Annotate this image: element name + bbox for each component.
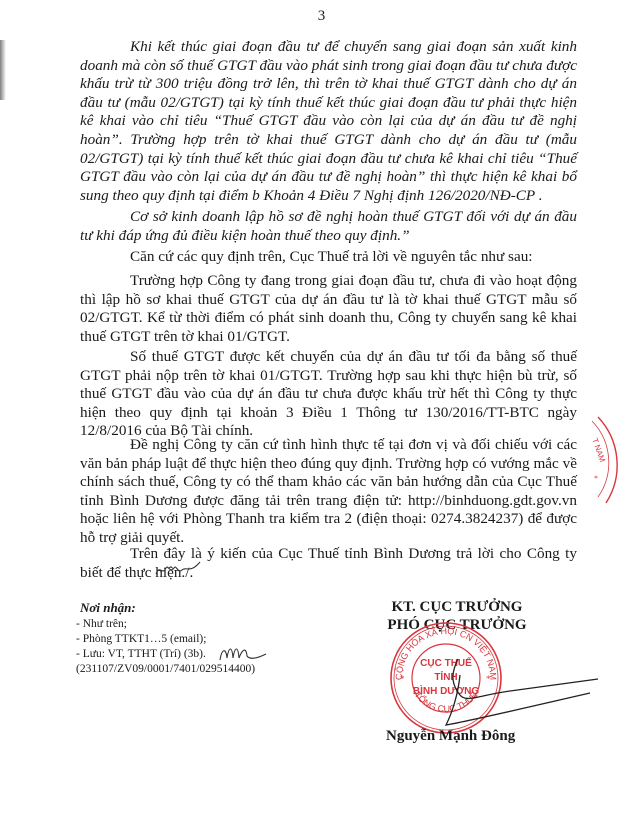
paragraph-recommendation: Đề nghị Công ty căn cứ tình hình thực tế… bbox=[80, 436, 577, 548]
paragraph-carry-forward: Số thuế GTGT được kết chuyển của dự án đ… bbox=[80, 348, 577, 441]
scan-edge-shadow bbox=[0, 40, 6, 100]
signature-title-1: KT. CỤC TRƯỞNG bbox=[378, 598, 536, 616]
paragraph-basis: Căn cứ các quy định trên, Cục Thuế trả l… bbox=[80, 248, 577, 267]
paragraph-case-investment: Trường hợp Công ty đang trong giai đoạn … bbox=[80, 272, 577, 346]
recipient-item: - Như trên; bbox=[76, 617, 255, 632]
initials-scribble bbox=[154, 560, 204, 580]
recipients-title: Nơi nhận: bbox=[80, 600, 255, 615]
paragraph-quote-2: Cơ sở kinh doanh lập hồ sơ đề nghị hoàn … bbox=[80, 208, 577, 245]
page-number: 3 bbox=[0, 8, 643, 25]
clerk-initials-scribble bbox=[218, 642, 268, 664]
svg-text:*: * bbox=[594, 474, 598, 483]
paragraph-quote-1: Khi kết thúc giai đoạn đầu tư để chuyển … bbox=[80, 38, 577, 205]
recipients-block: Nơi nhận: - Như trên; - Phòng TTKT1…5 (e… bbox=[76, 600, 255, 677]
signer-name: Nguyễn Mạnh Đông bbox=[386, 728, 515, 745]
svg-text:*: * bbox=[400, 674, 405, 684]
director-signature bbox=[430, 655, 600, 735]
recipient-item: (231107/ZV09/0001/7401/029514400) bbox=[76, 662, 255, 677]
page-seal-fragment-icon: T NAM * bbox=[590, 415, 643, 505]
